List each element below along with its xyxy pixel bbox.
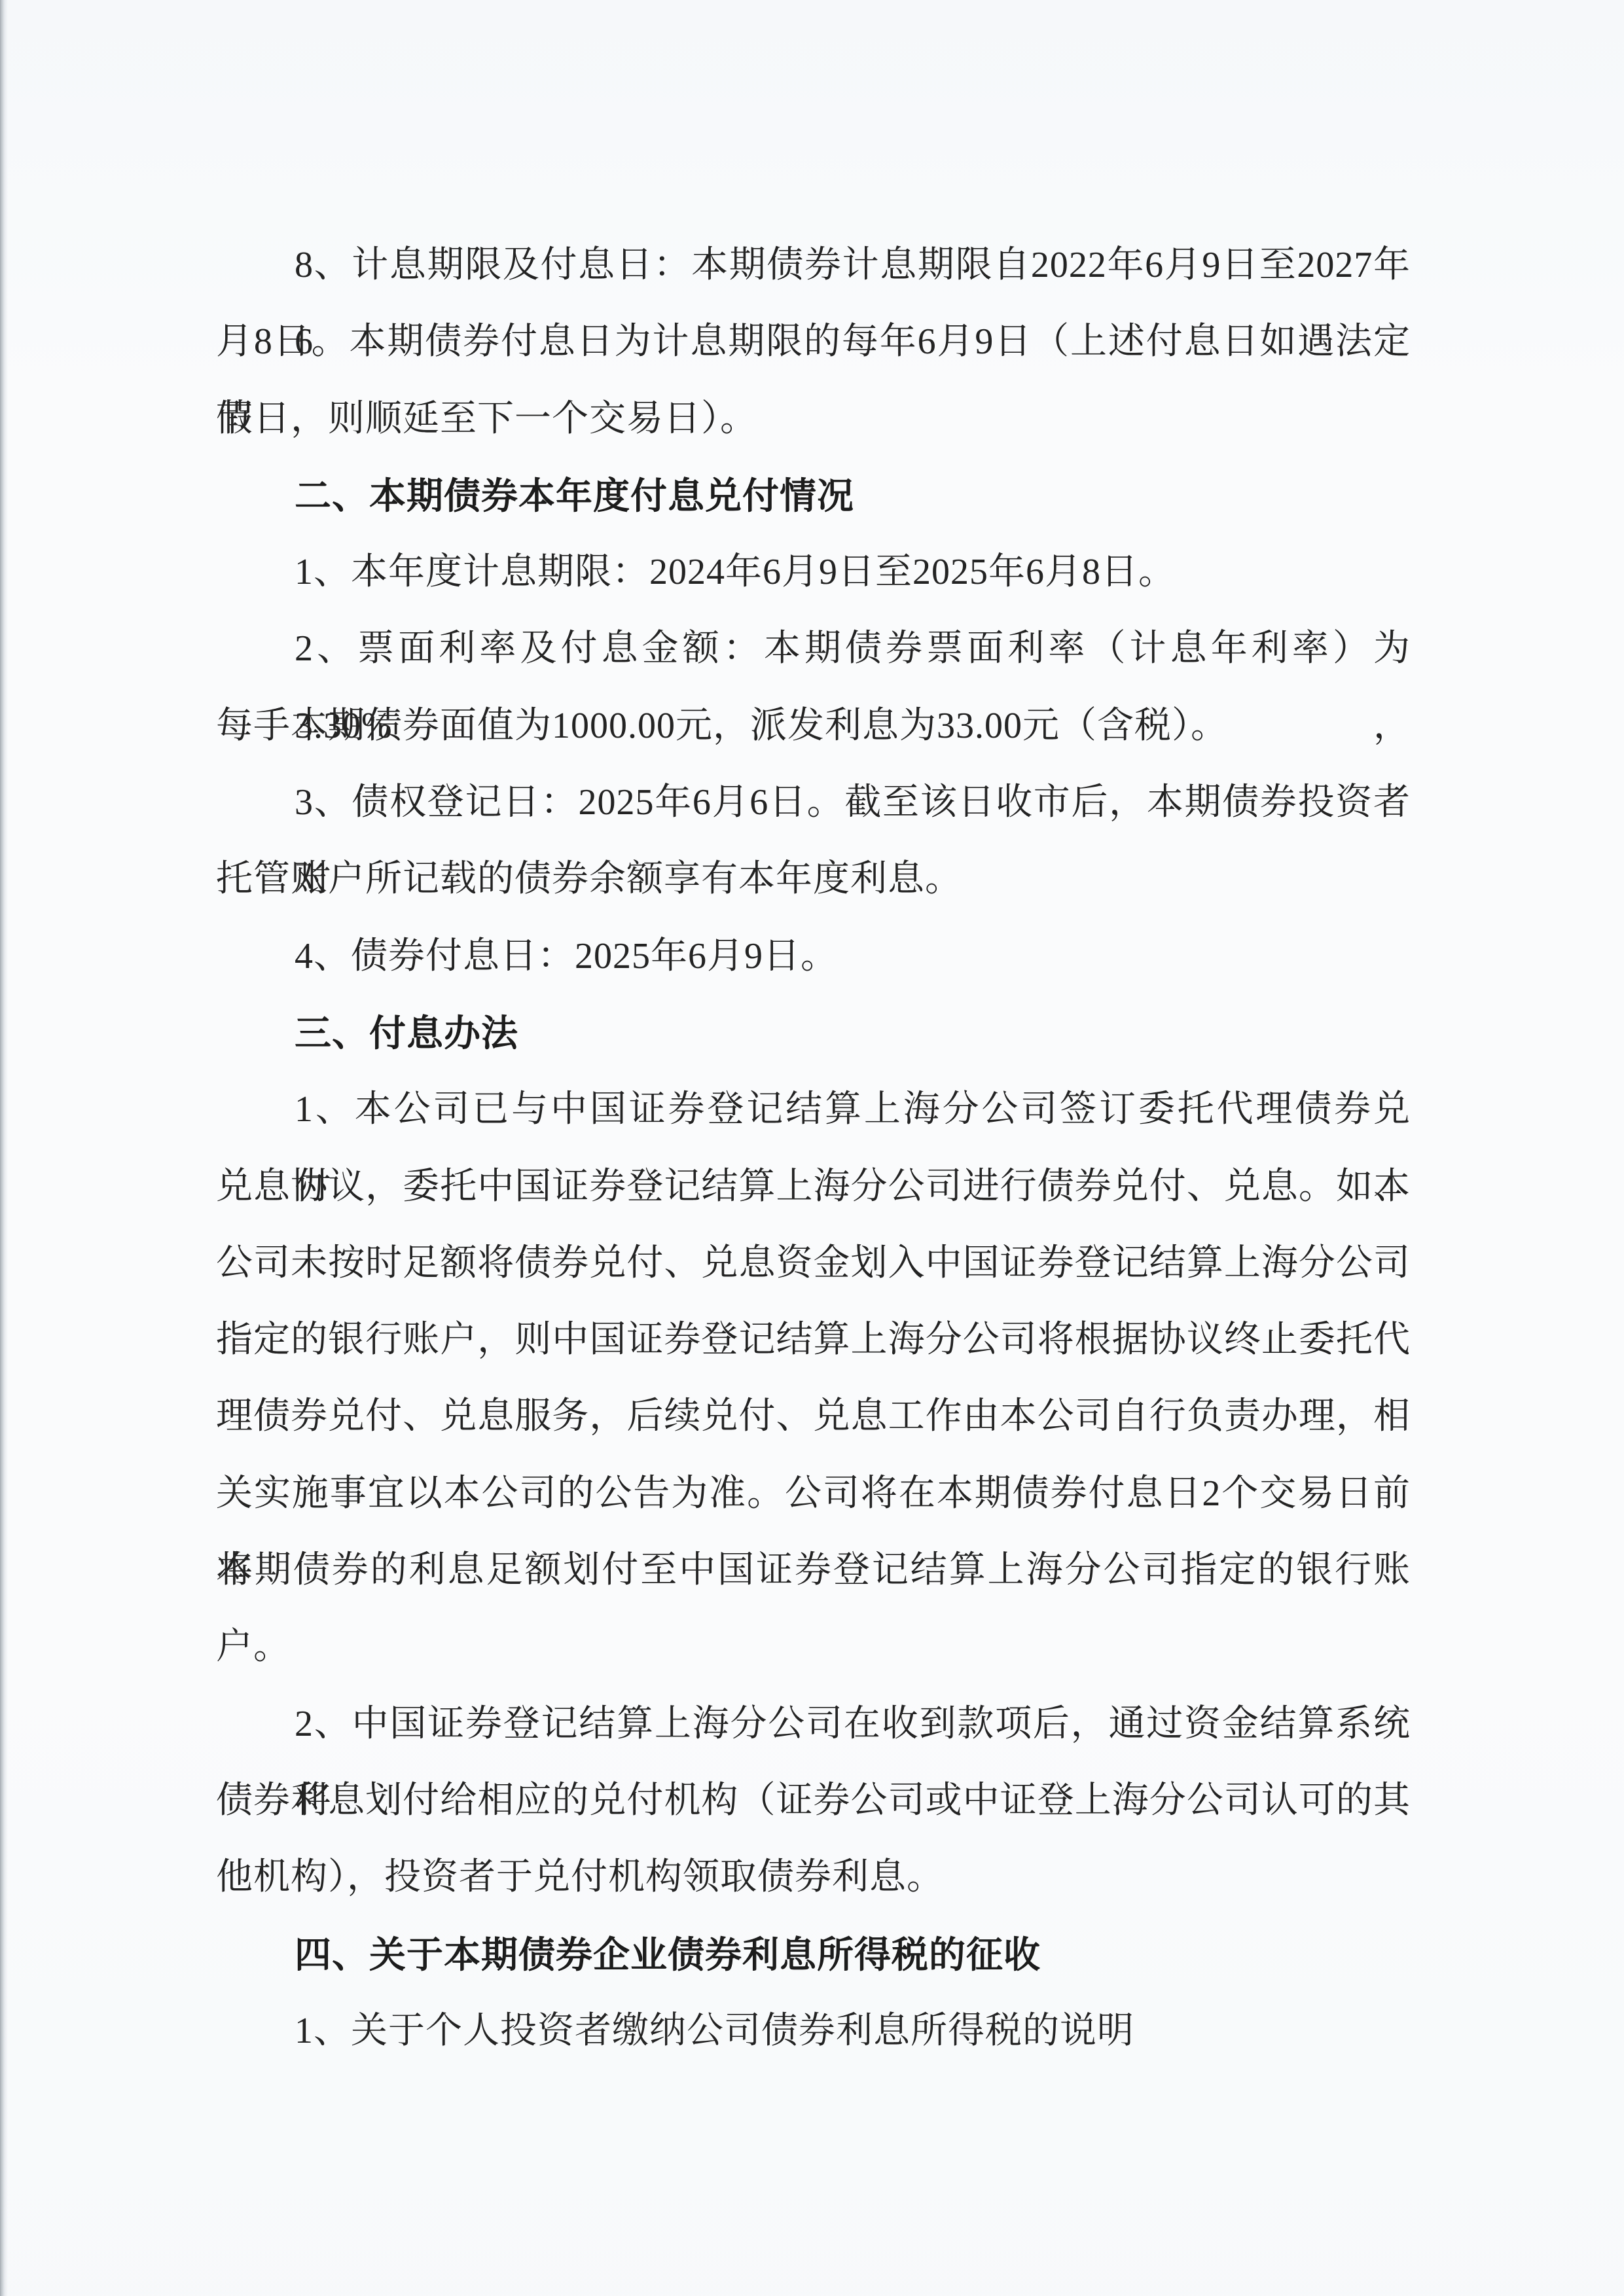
scan-edge-shadow (0, 0, 8, 2296)
document-line: 指定的银行账户，则中国证券登记结算上海分公司将根据协议终止委托代 (216, 1302, 1411, 1378)
document-line: 2、中国证券登记结算上海分公司在收到款项后，通过资金结算系统将 (216, 1686, 1411, 1763)
document-line: 4、债券付息日：2025年6月9日。 (216, 918, 1411, 995)
document-body: 8、计息期限及付息日：本期债券计息期限自2022年6月9日至2027年6月8日。… (216, 227, 1411, 2070)
document-line: 1、关于个人投资者缴纳公司债券利息所得税的说明 (216, 1993, 1411, 2070)
document-line: 8、计息期限及付息日：本期债券计息期限自2022年6月9日至2027年6 (216, 227, 1411, 304)
document-line: 理债券兑付、兑息服务，后续兑付、兑息工作由本公司自行负责办理，相 (216, 1378, 1411, 1455)
document-line: 托管账户所记载的债券余额享有本年度利息。 (216, 841, 1411, 918)
document-line: 兑息协议，委托中国证券登记结算上海分公司进行债券兑付、兑息。如本 (216, 1149, 1411, 1225)
document-line: 1、本年度计息期限：2024年6月9日至2025年6月8日。 (216, 534, 1411, 611)
document-line: 户。 (216, 1609, 1411, 1685)
document-line: 月8日。本期债券付息日为计息期限的每年6月9日（上述付息日如遇法定节 (216, 304, 1411, 380)
document-line: 公司未按时足额将债券兑付、兑息资金划入中国证券登记结算上海分公司 (216, 1225, 1411, 1302)
document-line: 2、票面利率及付息金额：本期债券票面利率（计息年利率）为3.30%， (216, 611, 1411, 687)
section-heading: 二、本期债券本年度付息兑付情况 (216, 457, 1411, 534)
document-line: 1、本公司已与中国证券登记结算上海分公司签订委托代理债券兑付、 (216, 1071, 1411, 1148)
section-heading: 三、付息办法 (216, 995, 1411, 1071)
document-line: 本期债券的利息足额划付至中国证券登记结算上海分公司指定的银行账 (216, 1532, 1411, 1609)
document-line: 他机构），投资者于兑付机构领取债券利息。 (216, 1839, 1411, 1916)
document-page: 8、计息期限及付息日：本期债券计息期限自2022年6月9日至2027年6月8日。… (0, 0, 1624, 2296)
document-line: 假日，则顺延至下一个交易日）。 (216, 381, 1411, 457)
document-line: 关实施事宜以本公司的公告为准。公司将在本期债券付息日2个交易日前将 (216, 1456, 1411, 1532)
section-heading: 四、关于本期债券企业债券利息所得税的征收 (216, 1916, 1411, 1993)
document-line: 债券利息划付给相应的兑付机构（证券公司或中证登上海分公司认可的其 (216, 1763, 1411, 1839)
document-line: 3、债权登记日：2025年6月6日。截至该日收市后，本期债券投资者对 (216, 764, 1411, 841)
